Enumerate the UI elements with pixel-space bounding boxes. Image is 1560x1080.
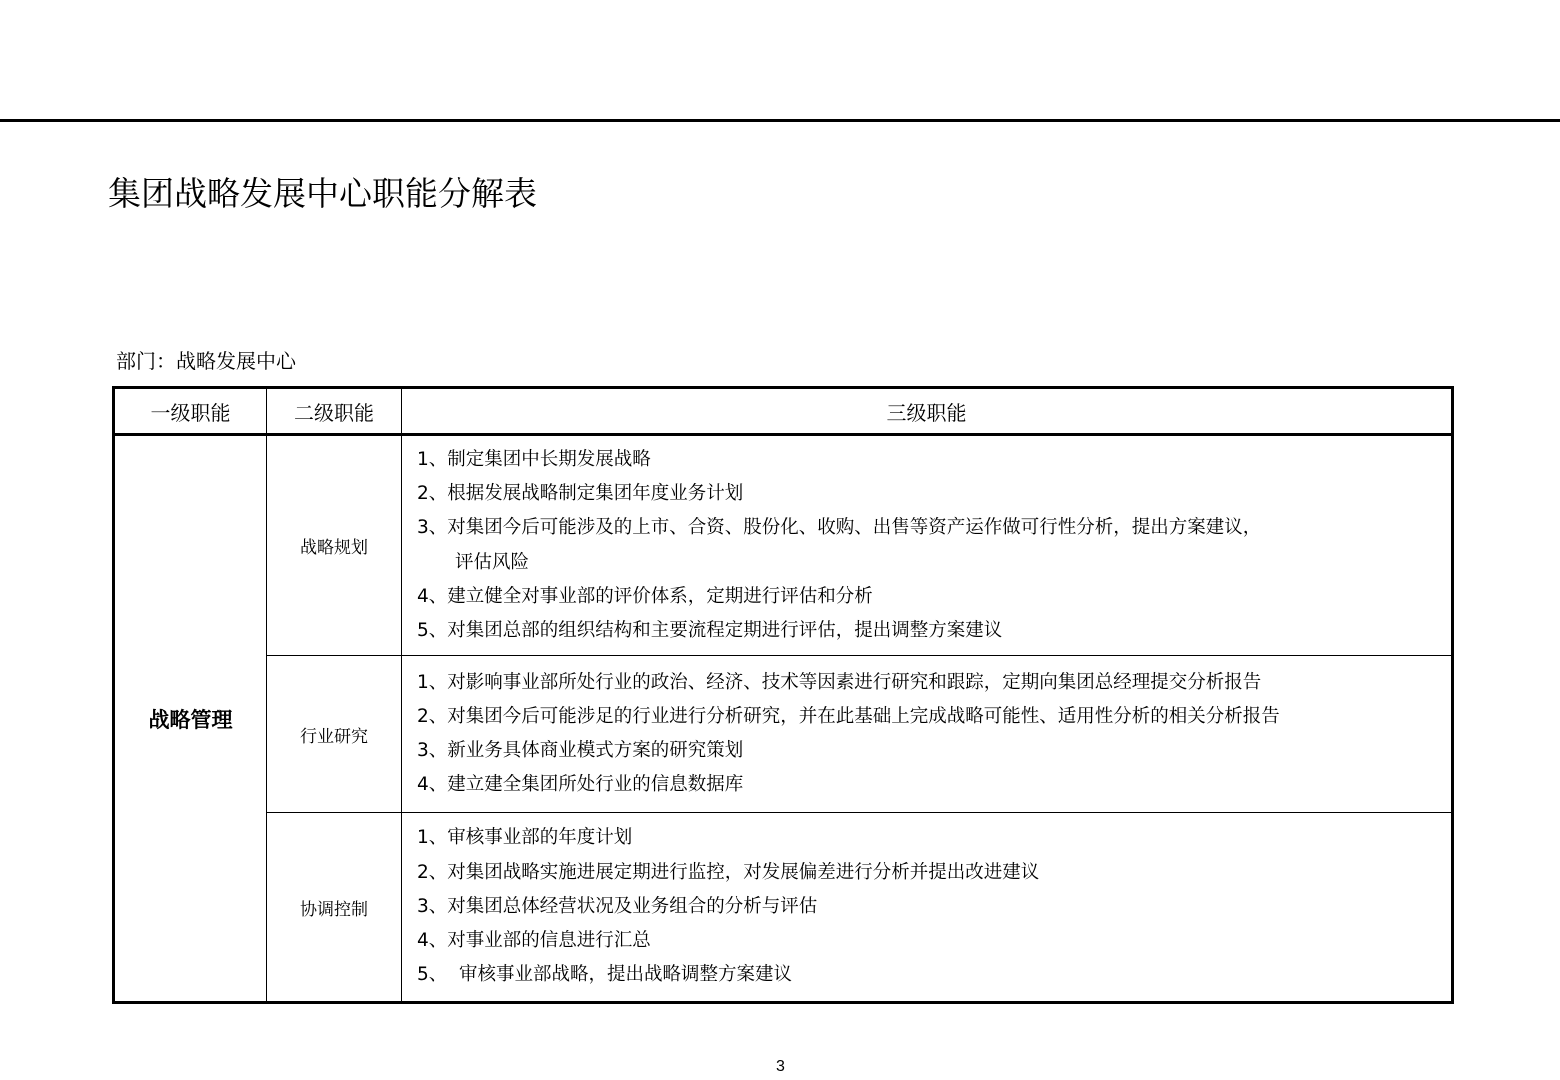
list-item: 2、根据发展战略制定集团年度业务计划: [417, 477, 1451, 511]
list-item: 3、对集团总体经营状况及业务组合的分析与评估: [417, 890, 1451, 924]
header-level2: 二级职能: [267, 388, 402, 435]
table-header-row: 一级职能 二级职能 三级职能: [114, 388, 1453, 435]
level3-function-cell: 1、审核事业部的年度计划 2、对集团战略实施进展定期进行监控，对发展偏差进行分析…: [402, 813, 1453, 1003]
list-item: 5、对集团总部的组织结构和主要流程定期进行评估，提出调整方案建议: [417, 614, 1451, 648]
list-item-text: 3、对集团今后可能涉及的上市、合资、股份化、收购、出售等资产运作做可行性分析，提…: [417, 517, 1261, 538]
level3-list: 1、审核事业部的年度计划 2、对集团战略实施进展定期进行监控，对发展偏差进行分析…: [417, 821, 1451, 992]
department-label: 部门：战略发展中心: [116, 345, 296, 374]
list-item: 4、建立健全对事业部的评价体系，定期进行评估和分析: [417, 580, 1451, 614]
list-item: 4、对事业部的信息进行汇总: [417, 924, 1451, 958]
table-row-coordination-control: 协调控制 1、审核事业部的年度计划 2、对集团战略实施进展定期进行监控，对发展偏…: [114, 813, 1453, 1003]
page-number: 3: [776, 1058, 785, 1076]
level3-list: 1、对影响事业部所处行业的政治、经济、技术等因素进行研究和跟踪，定期向集团总经理…: [417, 666, 1451, 803]
list-item: 2、对集团今后可能涉足的行业进行分析研究，并在此基础上完成战略可能性、适用性分析…: [417, 700, 1451, 734]
list-item: 1、对影响事业部所处行业的政治、经济、技术等因素进行研究和跟踪，定期向集团总经理…: [417, 666, 1451, 700]
header-level3: 三级职能: [402, 388, 1453, 435]
header-level1: 一级职能: [114, 388, 267, 435]
level3-function-cell: 1、对影响事业部所处行业的政治、经济、技术等因素进行研究和跟踪，定期向集团总经理…: [402, 656, 1453, 813]
list-item: 1、制定集团中长期发展战略: [417, 443, 1451, 477]
top-rule: [0, 119, 1560, 122]
list-item: 3、新业务具体商业模式方案的研究策划: [417, 734, 1451, 768]
document-title: 集团战略发展中心职能分解表: [108, 168, 537, 215]
list-item: 3、对集团今后可能涉及的上市、合资、股份化、收购、出售等资产运作做可行性分析，提…: [417, 511, 1451, 579]
table-row-industry-research: 行业研究 1、对影响事业部所处行业的政治、经济、技术等因素进行研究和跟踪，定期向…: [114, 656, 1453, 813]
table-row-strategy-planning: 战略管理 战略规划 1、制定集团中长期发展战略 2、根据发展战略制定集团年度业务…: [114, 435, 1453, 656]
list-item: 1、审核事业部的年度计划: [417, 821, 1451, 855]
level1-function-cell: 战略管理: [114, 435, 267, 1003]
list-item: 5、 审核事业部战略，提出战略调整方案建议: [417, 958, 1451, 992]
level3-function-cell: 1、制定集团中长期发展战略 2、根据发展战略制定集团年度业务计划 3、对集团今后…: [402, 435, 1453, 656]
level2-function-cell: 战略规划: [267, 435, 402, 656]
function-breakdown-table: 一级职能 二级职能 三级职能 战略管理 战略规划 1、制定集团中长期发展战略 2…: [112, 386, 1454, 1004]
list-item-continuation: 评估风险: [417, 546, 1451, 580]
list-item: 2、对集团战略实施进展定期进行监控，对发展偏差进行分析并提出改进建议: [417, 856, 1451, 890]
list-item: 4、建立建全集团所处行业的信息数据库: [417, 768, 1451, 802]
level3-list: 1、制定集团中长期发展战略 2、根据发展战略制定集团年度业务计划 3、对集团今后…: [417, 443, 1451, 648]
level2-function-cell: 协调控制: [267, 813, 402, 1003]
level2-function-cell: 行业研究: [267, 656, 402, 813]
